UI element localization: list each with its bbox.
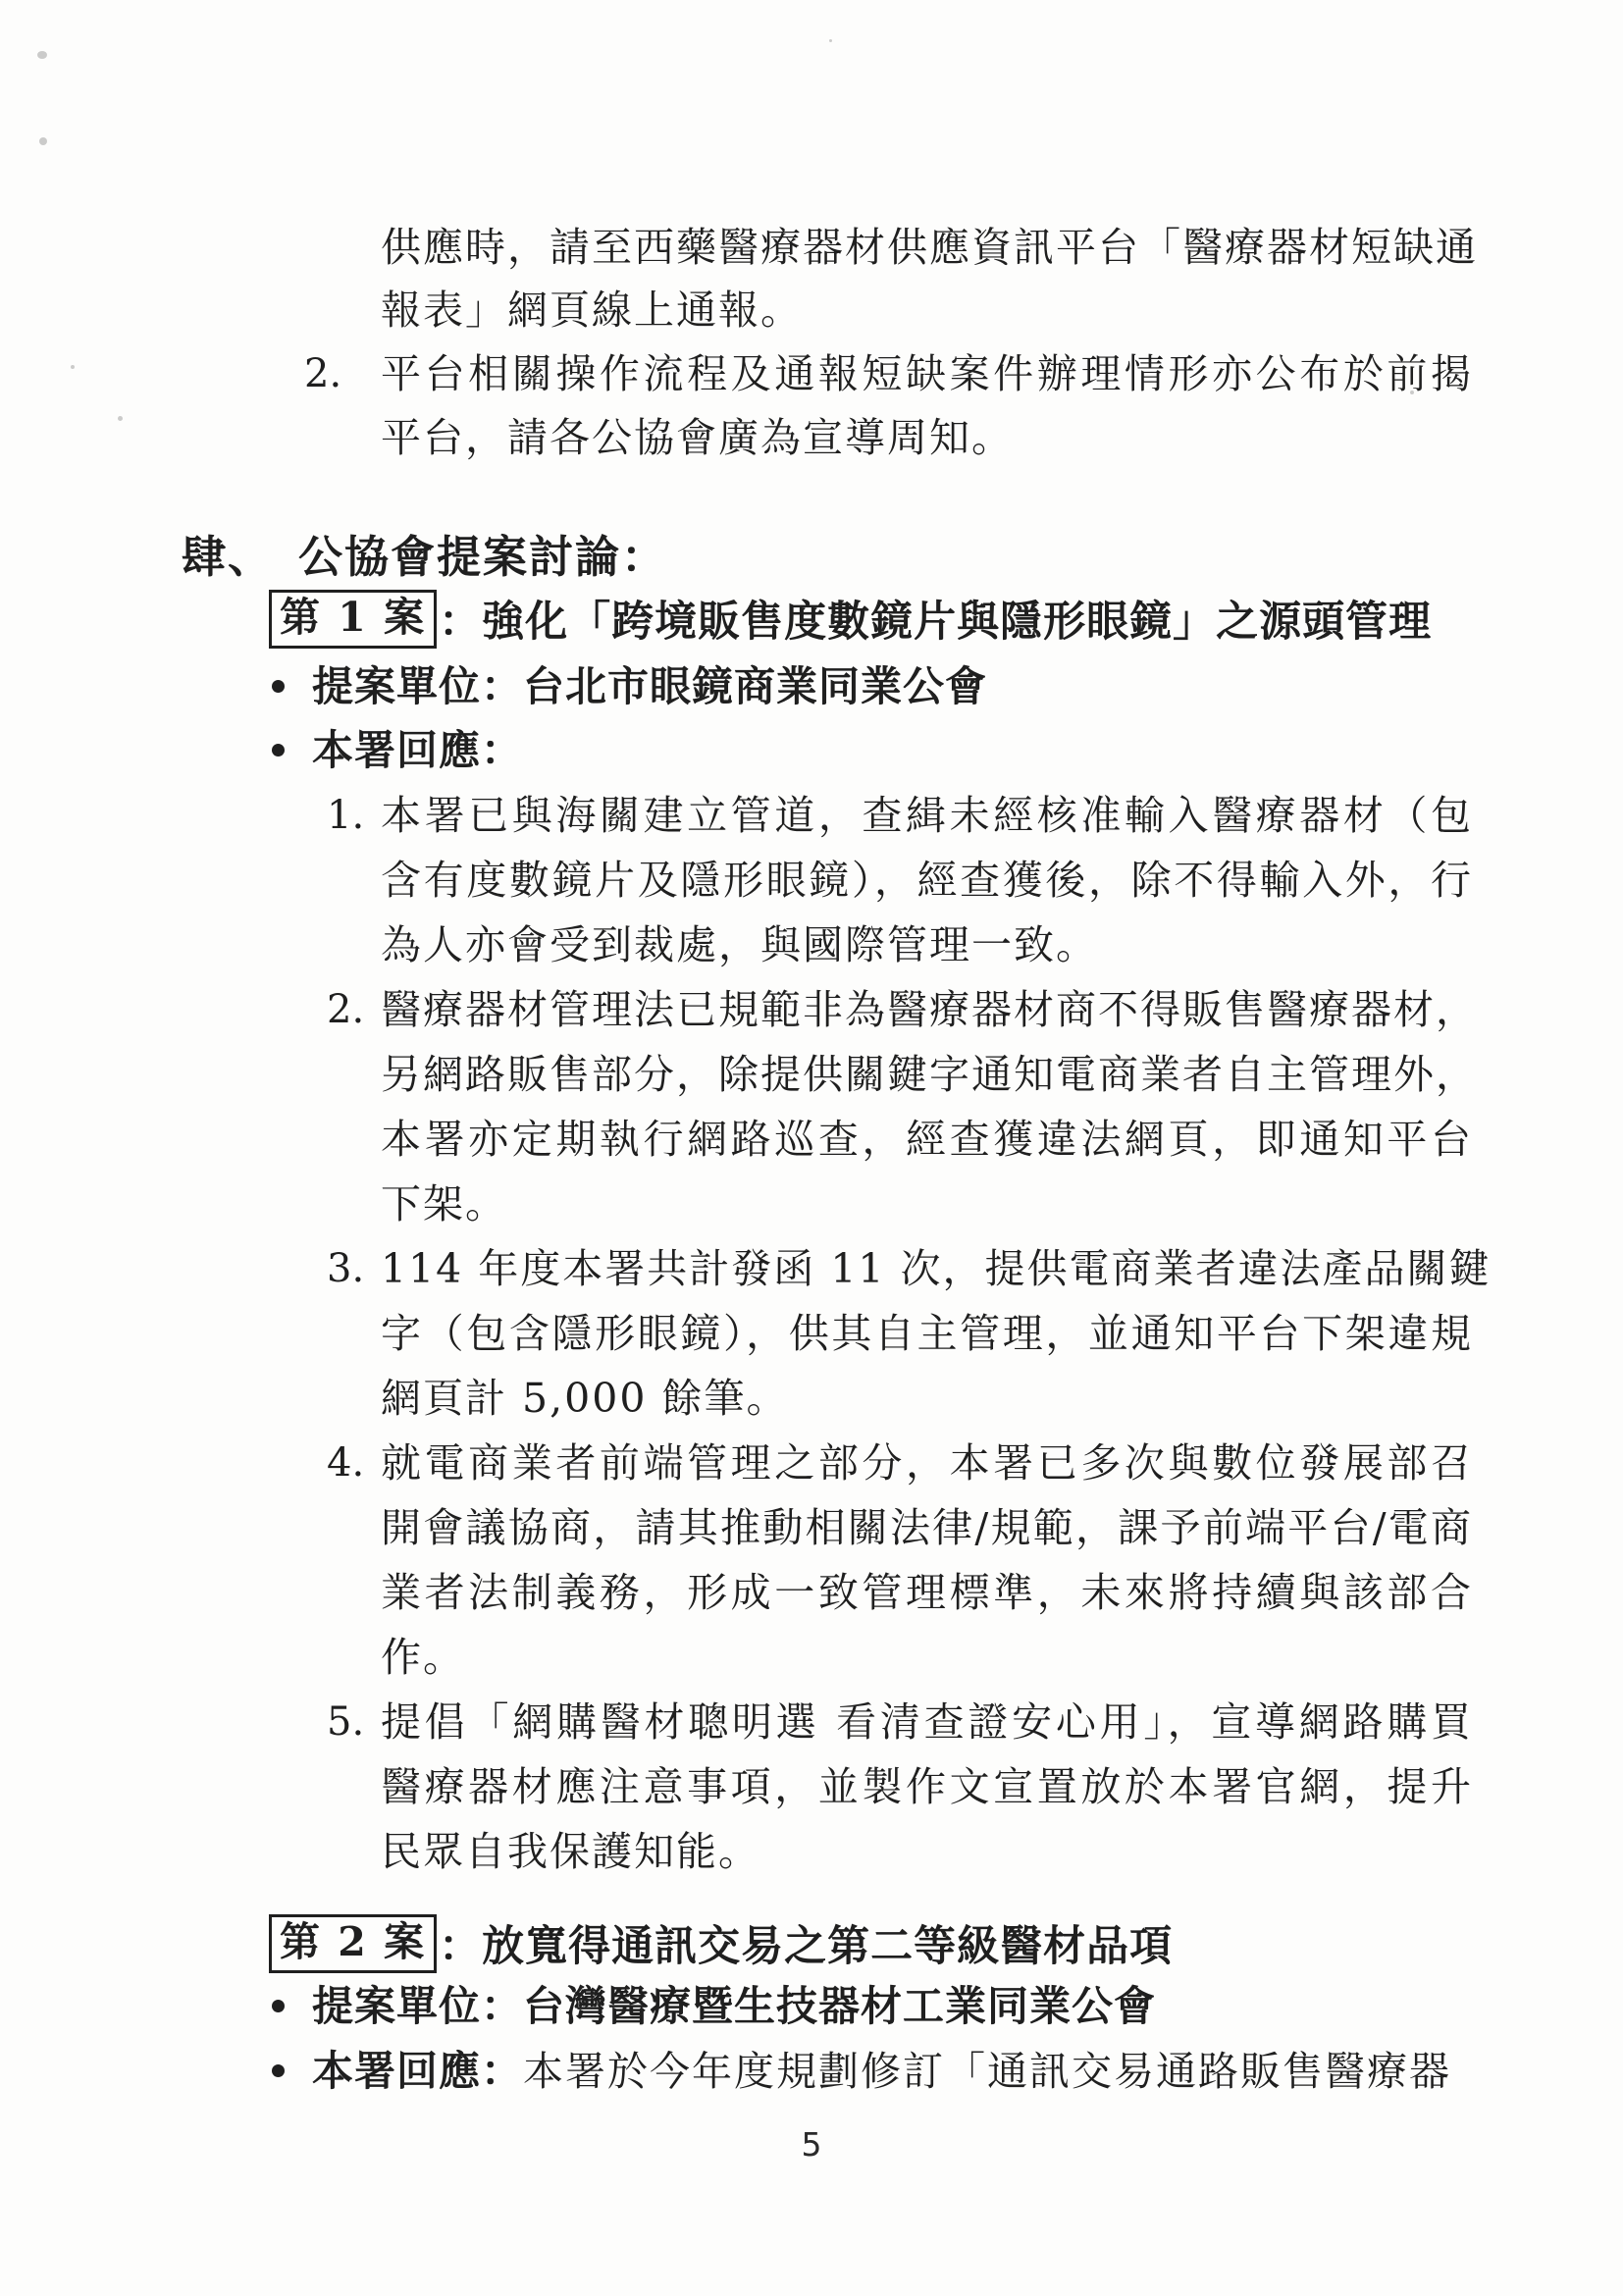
list-number: 1.	[327, 790, 364, 841]
text-line: 字（包含隱形眼鏡），供其自主管理，並通知平台下架違規	[381, 1308, 1473, 1359]
text-line: 平台，請各公協會廣為宣導周知。	[381, 412, 1014, 463]
text-line: 本署亦定期執行網路巡查，經查獲違法網頁，即通知平台	[381, 1114, 1473, 1165]
text-line: 提倡「網購醫材聰明選 看清查證安心用」，宣導網路購買	[381, 1696, 1473, 1748]
case2-response-line: 本署回應：本署於今年度規劃修訂「通訊交易通路販售醫療器	[312, 2046, 1451, 2097]
text-line: 為人亦會受到裁處，與國際管理一致。	[381, 919, 1098, 970]
scan-speck	[39, 137, 47, 145]
section-title: 公協會提案討論：	[298, 531, 667, 583]
text-line: 下架。	[381, 1178, 507, 1229]
case2-response-text: 本署於今年度規劃修訂「通訊交易通路販售醫療器	[523, 2048, 1451, 2095]
text-line: 含有度數鏡片及隱形眼鏡），經查獲後，除不得輸入外，行	[381, 855, 1473, 906]
text-line: 本署已與海關建立管道，查緝未經核准輸入醫療器材（包	[381, 790, 1473, 841]
page-number: 5	[0, 2125, 1623, 2164]
text-line: 醫療器材管理法已規範非為醫療器材商不得販售醫療器材，	[381, 984, 1473, 1035]
text-line: 平台相關操作流程及通報短缺案件辦理情形亦公布於前揭	[381, 348, 1473, 399]
list-number: 4.	[327, 1437, 364, 1488]
list-number: 2.	[304, 348, 341, 399]
case2-response-label: 本署回應：	[312, 2047, 523, 2095]
text-line: 業者法制義務，形成一致管理標準，未來將持續與該部合	[381, 1567, 1473, 1618]
list-number: 5.	[327, 1696, 364, 1748]
scan-speck	[118, 416, 123, 421]
case1-response-label: 本署回應：	[312, 725, 523, 776]
list-number: 3.	[327, 1243, 364, 1294]
scan-speck	[829, 39, 832, 42]
text-line: 供應時，請至西藥醫療器材供應資訊平台「醫療器材短缺通	[381, 222, 1473, 273]
text-line: 114 年度本署共計發函 11 次，提供電商業者違法產品關鍵	[381, 1243, 1473, 1294]
scan-speck	[37, 51, 47, 59]
section-marker: 肆、	[182, 531, 274, 583]
bullet-icon	[272, 2000, 285, 2012]
text-line: 報表」網頁線上通報。	[381, 285, 803, 336]
case1-proposer: 提案單位：台北市眼鏡商業同業公會	[312, 661, 987, 712]
case2-title: ：放寬得通訊交易之第二等級醫材品項	[439, 1913, 1173, 1973]
bullet-icon	[272, 744, 285, 757]
text-line: 就電商業者前端管理之部分，本署已多次與數位發展部召	[381, 1437, 1473, 1488]
bullet-icon	[272, 2064, 285, 2077]
bullet-icon	[272, 680, 285, 693]
case2-tag-box: 第 2 案	[269, 1914, 437, 1973]
case1-title: ：強化「跨境販售度數鏡片與隱形眼鏡」之源頭管理	[439, 589, 1432, 649]
text-line: 網頁計 5,000 餘筆。	[381, 1373, 788, 1424]
case1-title-line: 第 1 案 ：強化「跨境販售度數鏡片與隱形眼鏡」之源頭管理	[269, 589, 1432, 649]
text-line: 醫療器材應注意事項，並製作文宣置放於本署官網，提升	[381, 1761, 1473, 1812]
section-heading: 肆、公協會提案討論：	[182, 530, 667, 585]
text-line: 另網路販售部分，除提供關鍵字通知電商業者自主管理外，	[381, 1049, 1473, 1100]
text-line: 民眾自我保護知能。	[381, 1826, 760, 1877]
text-line: 開會議協商，請其推動相關法律/規範，課予前端平台/電商	[381, 1502, 1473, 1553]
case2-proposer: 提案單位：台灣醫療暨生技器材工業同業公會	[312, 1981, 1156, 2032]
case1-tag-box: 第 1 案	[269, 590, 437, 649]
text-line: 作。	[381, 1632, 465, 1683]
document-page: 供應時，請至西藥醫療器材供應資訊平台「醫療器材短缺通 報表」網頁線上通報。 2.…	[0, 0, 1623, 2296]
scan-speck	[71, 365, 75, 369]
case2-title-line: 第 2 案 ：放寬得通訊交易之第二等級醫材品項	[269, 1913, 1173, 1973]
list-number: 2.	[327, 984, 364, 1035]
